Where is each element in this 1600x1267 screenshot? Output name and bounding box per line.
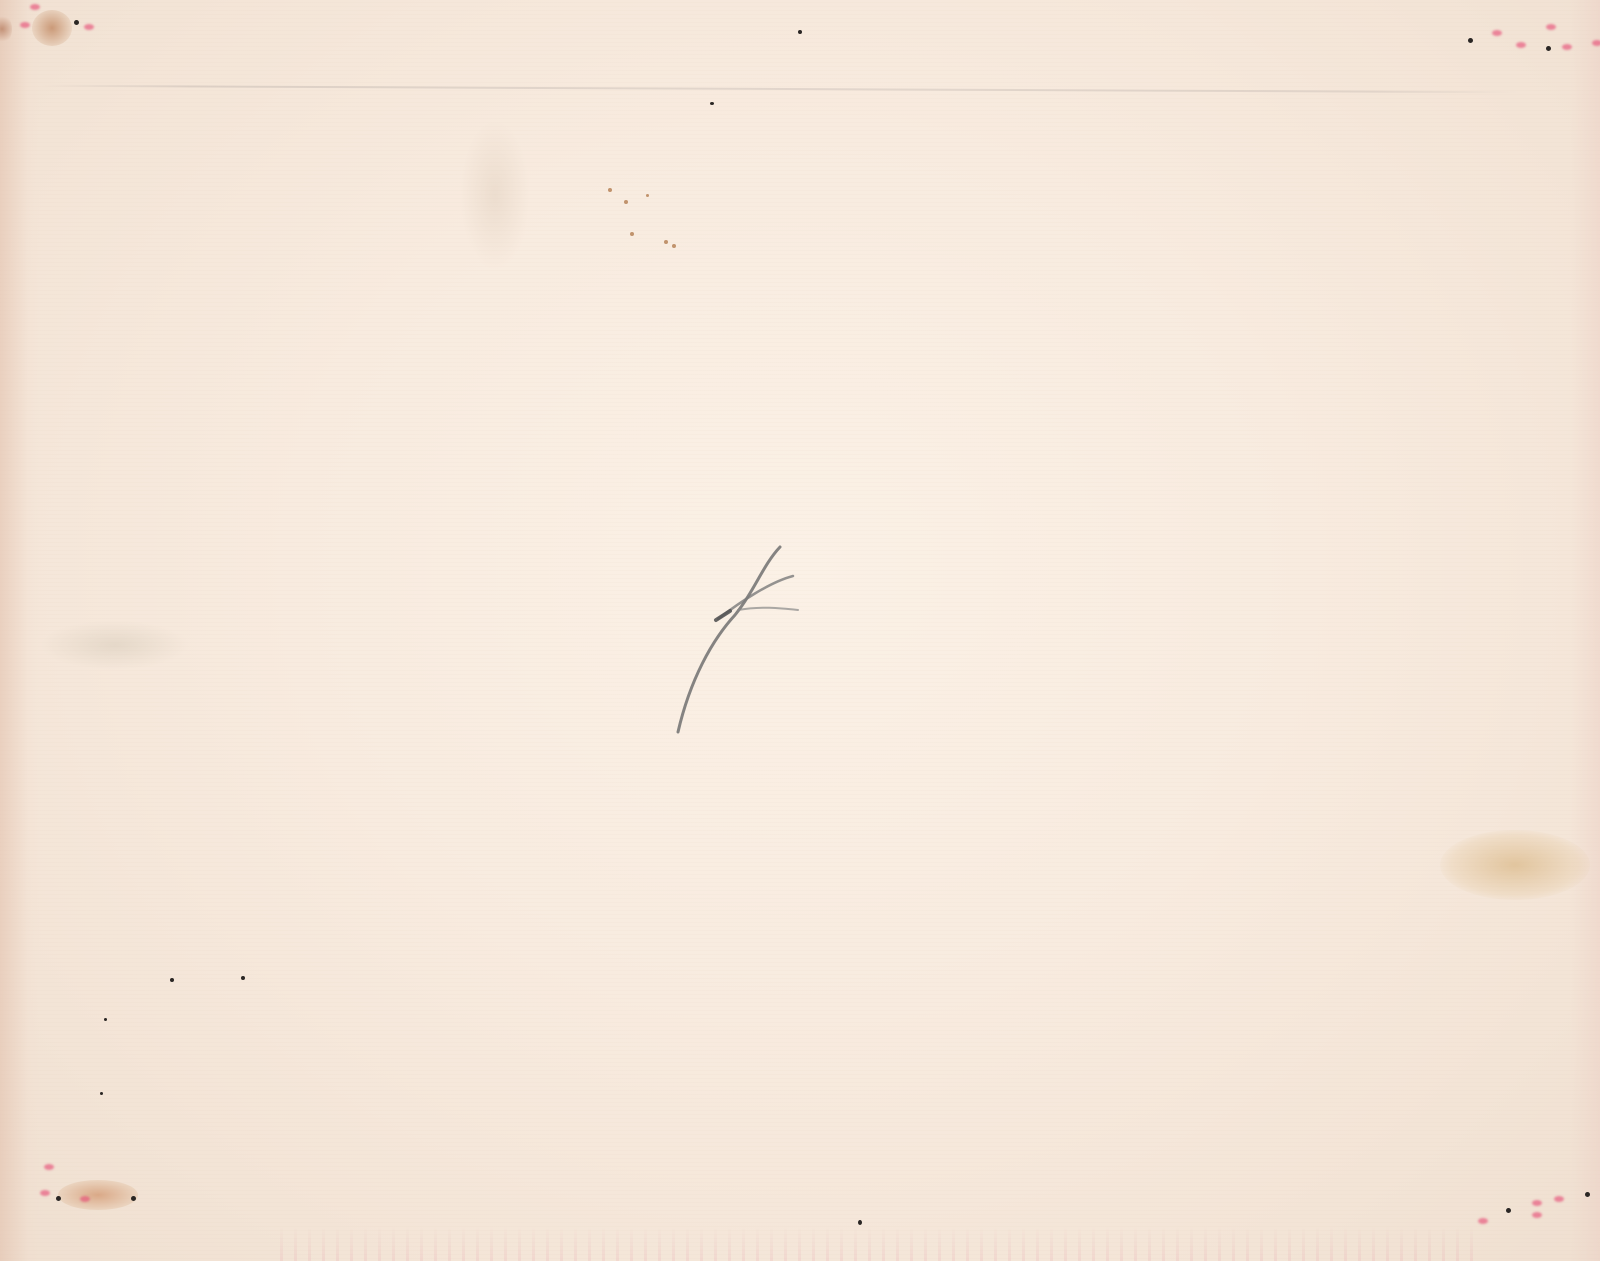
ink-dot xyxy=(1516,42,1526,48)
ink-dot xyxy=(20,22,30,28)
ink-dot xyxy=(1478,1218,1488,1224)
pin-hole xyxy=(1585,1192,1590,1197)
right-edge-discoloration xyxy=(1570,0,1600,1267)
ink-dot xyxy=(1562,44,1572,50)
top-left-stain xyxy=(32,10,72,46)
pin-hole xyxy=(56,1196,61,1201)
ink-dot xyxy=(84,24,94,30)
pin-hole xyxy=(798,30,802,34)
ink-dot xyxy=(30,4,40,10)
pin-hole xyxy=(710,102,714,105)
ink-dot xyxy=(40,1190,50,1196)
ink-dot xyxy=(1546,24,1556,30)
paper-card xyxy=(0,0,1600,1267)
foxing-speck xyxy=(646,194,649,197)
pin-hole xyxy=(104,1018,107,1021)
foxing-speck xyxy=(630,232,634,236)
right-stain xyxy=(1440,830,1590,900)
pin-hole xyxy=(241,976,245,980)
pin-hole xyxy=(131,1196,136,1201)
pin-hole xyxy=(1506,1208,1511,1213)
pin-hole xyxy=(858,1220,862,1225)
foxing-speck xyxy=(664,240,668,244)
foxing-speck xyxy=(608,188,612,192)
ink-dot xyxy=(1532,1200,1542,1206)
faint-smudge xyxy=(460,120,530,270)
foxing-speck xyxy=(672,244,676,248)
left-edge-discoloration xyxy=(0,0,40,1267)
ink-dot xyxy=(1592,40,1600,46)
scan-bottom-edge xyxy=(0,1261,1600,1267)
pencil-k-mark xyxy=(660,530,820,750)
pin-hole xyxy=(74,20,79,25)
faint-smudge xyxy=(40,620,190,670)
pin-hole xyxy=(1468,38,1473,43)
pin-hole xyxy=(1546,46,1551,51)
pin-hole xyxy=(170,978,174,982)
bottom-left-stain xyxy=(58,1180,138,1210)
ink-dot xyxy=(1532,1212,1542,1218)
ink-dot xyxy=(1554,1196,1564,1202)
ink-dot xyxy=(44,1164,54,1170)
foxing-speck xyxy=(624,200,628,204)
ink-dot xyxy=(80,1196,90,1202)
ink-dot xyxy=(1492,30,1502,36)
pin-hole xyxy=(100,1092,103,1095)
